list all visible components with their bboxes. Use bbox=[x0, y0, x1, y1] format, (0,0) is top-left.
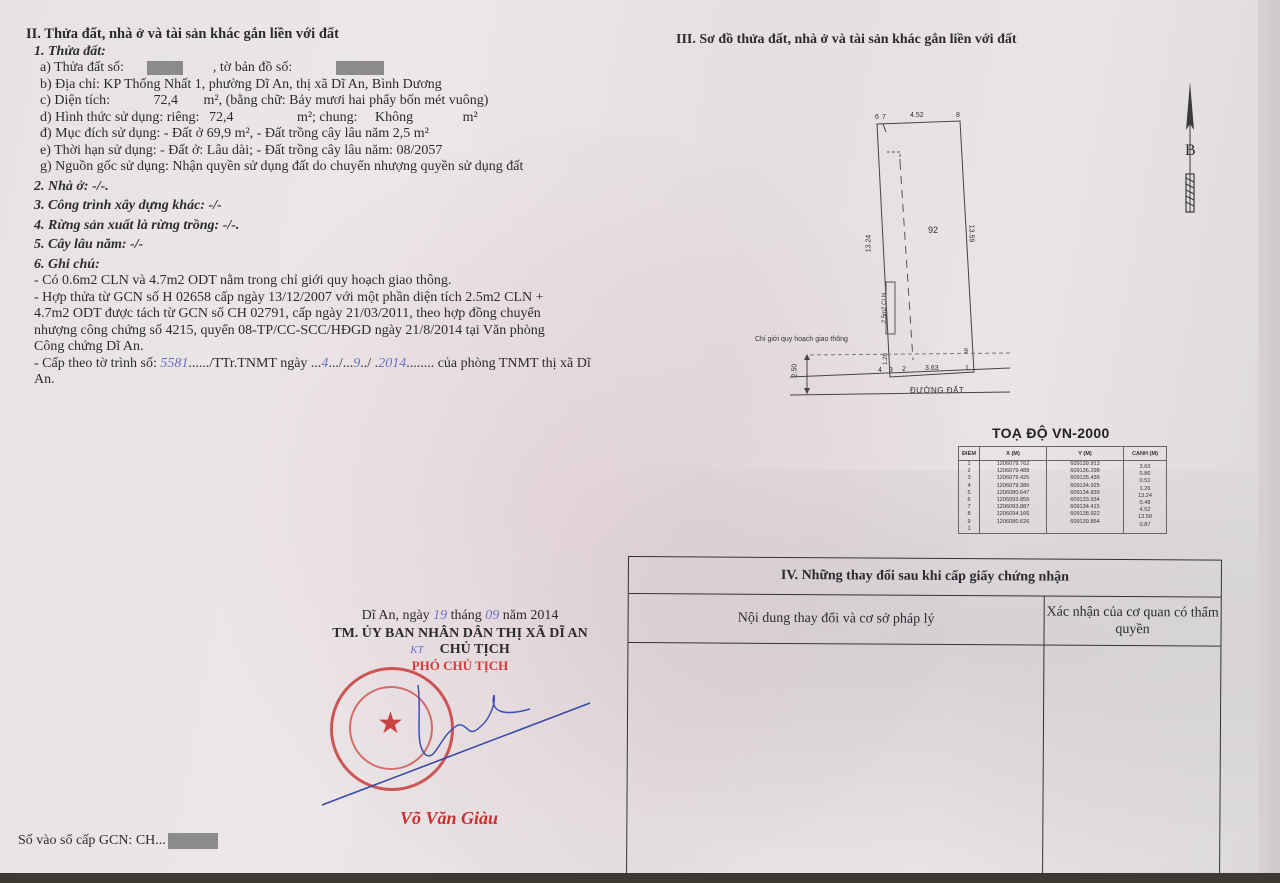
sign-month: 09 bbox=[485, 608, 499, 623]
parcel-plot: 4.52 13.24 13.59 92 2.5m2 CLN 1.26 3.63 … bbox=[750, 110, 1010, 400]
planning-line-label: Chỉ giới quy hoạch giao thông bbox=[755, 336, 848, 343]
term-row: e) Thời hạn sử dụng: - Đất ở: Lâu dài; -… bbox=[26, 143, 606, 160]
cln-label: 2.5m2 CLN bbox=[882, 293, 888, 323]
usage-shared-label: m²; chung: bbox=[297, 110, 358, 125]
coord-cell: 2 bbox=[962, 468, 976, 475]
y-column: 609139.913609136.298609135.436609134.925… bbox=[1047, 461, 1124, 534]
coord-cell: 3.63 bbox=[1127, 464, 1163, 471]
coord-cell: 1206094.166 bbox=[983, 511, 1043, 518]
coord-cell: 1206080.647 bbox=[983, 490, 1043, 497]
coord-cell: 9 bbox=[962, 519, 976, 526]
year-label: năm 2014 bbox=[503, 608, 559, 623]
setback: 2.50 bbox=[791, 364, 798, 378]
coord-cell: 0.86 bbox=[1127, 471, 1163, 478]
col-edge: CẠNH (M) bbox=[1124, 447, 1167, 461]
coord-cell: 609138.922 bbox=[1050, 511, 1120, 518]
edge-bottom: 3.63 bbox=[925, 365, 939, 372]
coordinates-table: ĐIỂM X (M) Y (M) CẠNH (M) 1234567891 120… bbox=[958, 446, 1167, 534]
edge-top: 4.52 bbox=[910, 112, 924, 119]
issued-number: 5581 bbox=[160, 356, 188, 371]
col-x: X (M) bbox=[980, 447, 1047, 461]
parcel-row: a) Thửa đất số: , tờ bản đồ số: bbox=[26, 60, 606, 77]
coord-cell: 0.87 bbox=[1127, 522, 1163, 529]
coord-cell bbox=[1050, 526, 1120, 533]
col-y: Y (M) bbox=[1047, 447, 1124, 461]
issuing-org: TM. ỦY BAN NHÂN DÂN THỊ XÃ DĨ AN bbox=[310, 626, 610, 642]
col-change-content: Nội dung thay đổi và cơ sở pháp lý bbox=[628, 594, 1044, 645]
position-row: KTCHỦ TỊCH bbox=[310, 642, 610, 658]
section-iii-title: III. Sơ đồ thửa đất, nhà ở và tài sản kh… bbox=[676, 32, 1017, 48]
coordinates-title: TOẠ ĐỘ VN-2000 bbox=[992, 425, 1110, 441]
production-forest-row: 4. Rừng sản xuất là rừng trồng: -/-. bbox=[26, 218, 606, 235]
notes-title: 6. Ghi chú: bbox=[26, 257, 606, 274]
parcel-number: 92 bbox=[928, 225, 938, 235]
area-unit: m², (bằng chữ: Bảy mươi hai phẩy bốn mét… bbox=[203, 93, 488, 108]
coord-cell: 609134.925 bbox=[1050, 483, 1120, 490]
gcn-number-redacted bbox=[168, 833, 218, 849]
issued-by-row: - Cấp theo tờ trình số: 5581....../TTr.T… bbox=[26, 356, 606, 389]
col-point: ĐIỂM bbox=[959, 447, 980, 461]
page-edge bbox=[1258, 0, 1280, 883]
coord-cell: 5 bbox=[962, 490, 976, 497]
map-sheet-redacted bbox=[336, 61, 384, 75]
note-item: - Có 0.6m2 CLN và 4.7m2 ODT nằm trong ch… bbox=[26, 273, 606, 290]
section-ii-title: II. Thửa đất, nhà ở và tài sản khác gắn … bbox=[26, 26, 606, 43]
coord-cell: 609139.913 bbox=[1050, 461, 1120, 468]
signer-name: Võ Văn Giàu bbox=[400, 808, 498, 829]
section-land-info: II. Thửa đất, nhà ở và tài sản khác gắn … bbox=[26, 26, 606, 389]
coord-cell: 609135.436 bbox=[1050, 475, 1120, 482]
coord-cell: 609133.934 bbox=[1050, 497, 1120, 504]
point-label: 9 bbox=[964, 348, 968, 355]
usage-shared: Không bbox=[375, 110, 413, 125]
coord-cell: 609134.415 bbox=[1050, 504, 1120, 511]
change-content-cell bbox=[627, 643, 1044, 878]
table-surface bbox=[0, 873, 1280, 883]
coord-cell: 0.51 bbox=[1127, 478, 1163, 485]
issued-year: 2014 bbox=[378, 356, 406, 371]
coord-cell: 4 bbox=[962, 483, 976, 490]
origin-row: g) Nguồn gốc sử dụng: Nhận quyền sử dụng… bbox=[26, 159, 606, 176]
point-label: 6 bbox=[875, 114, 879, 121]
point-column: 1234567891 bbox=[959, 461, 980, 534]
edge-right: 13.59 bbox=[967, 225, 974, 243]
coord-cell: 1206079.488 bbox=[983, 468, 1043, 475]
gcn-label: Số vào sổ cấp GCN: CH... bbox=[18, 833, 166, 848]
point-label: 4 bbox=[878, 367, 882, 374]
usage-shared-unit: m² bbox=[463, 110, 478, 125]
area-row: c) Diện tích: 72,4 m², (bằng chữ: Bảy mư… bbox=[26, 93, 606, 110]
address-row: b) Địa chỉ: KP Thống Nhất 1, phường Dĩ A… bbox=[26, 77, 606, 94]
house-row: 2. Nhà ở: -/-. bbox=[26, 179, 606, 196]
coord-cell: 13.59 bbox=[1127, 514, 1163, 521]
coord-cell bbox=[983, 526, 1043, 533]
gcn-entry: Số vào sổ cấp GCN: CH... bbox=[18, 833, 218, 849]
parcel-number-redacted bbox=[147, 61, 183, 75]
purpose-row: đ) Mục đích sử dụng: - Đất ở 69,9 m², - … bbox=[26, 126, 606, 143]
issued-mid: ....../TTr.TNMT ngày bbox=[188, 356, 307, 371]
issued-prefix: - Cấp theo tờ trình số: bbox=[34, 356, 157, 371]
edge-left: 13.24 bbox=[865, 235, 872, 253]
point-label: 7 bbox=[882, 114, 886, 121]
coord-cell: 0.48 bbox=[1127, 500, 1163, 507]
kt-note: KT bbox=[410, 644, 423, 656]
coord-cell: 6 bbox=[962, 497, 976, 504]
coord-cell: 13.24 bbox=[1127, 493, 1163, 500]
map-sheet-label: , tờ bản đồ số: bbox=[213, 60, 292, 75]
point-label: 2 bbox=[902, 366, 906, 373]
col-authority-confirmation: Xác nhận của cơ quan có thẩm quyền bbox=[1044, 597, 1220, 646]
changes-table: IV. Những thay đổi sau khi cấp giấy chứn… bbox=[626, 556, 1222, 880]
coord-cell: 609134.839 bbox=[1050, 490, 1120, 497]
other-construction-row: 3. Công trình xây dựng khác: -/- bbox=[26, 198, 606, 215]
road-label: ĐƯỜNG ĐẤT bbox=[910, 386, 964, 395]
coord-cell: 1206080.626 bbox=[983, 519, 1043, 526]
land-title: 1. Thửa đất: bbox=[26, 44, 606, 61]
section-iv-title: IV. Những thay đổi sau khi cấp giấy chứn… bbox=[629, 557, 1221, 598]
sign-day: 19 bbox=[433, 608, 447, 623]
coord-cell: 1206093.887 bbox=[983, 504, 1043, 511]
note-item: - Hợp thửa từ GCN số H 02658 cấp ngày 13… bbox=[26, 290, 574, 356]
sign-date: Dĩ An, ngày 19 tháng 09 năm 2014 bbox=[310, 608, 610, 624]
coord-cell: 1 bbox=[962, 461, 976, 468]
edge-small: 1.26 bbox=[883, 353, 889, 365]
signature-strokes bbox=[318, 665, 598, 810]
coord-cell: 1206093.855 bbox=[983, 497, 1043, 504]
point-label: 1 bbox=[965, 365, 969, 372]
coord-cell: 609139.854 bbox=[1050, 519, 1120, 526]
area-value: 72,4 bbox=[153, 93, 178, 108]
usage-form-label: d) Hình thức sử dụng: riêng: bbox=[40, 110, 199, 125]
usage-form-row: d) Hình thức sử dụng: riêng: 72,4 m²; ch… bbox=[26, 110, 606, 127]
parcel-label: a) Thửa đất số: bbox=[40, 60, 124, 75]
coord-cell: 1206079.386 bbox=[983, 483, 1043, 490]
date-prefix: Dĩ An, ngày bbox=[362, 608, 430, 623]
north-label: B bbox=[1185, 142, 1196, 160]
x-column: 1206079.7621206079.4881206079.4251206079… bbox=[980, 461, 1047, 534]
position: CHỦ TỊCH bbox=[440, 642, 510, 657]
usage-private: 72,4 bbox=[209, 110, 234, 125]
point-label: 3 bbox=[889, 367, 893, 374]
month-label: tháng bbox=[451, 608, 482, 623]
issued-day: 4 bbox=[321, 356, 328, 371]
edge-column: 3.630.860.511.2613.240.484.5213.590.87 bbox=[1124, 461, 1167, 534]
coord-cell: 1.26 bbox=[1127, 486, 1163, 493]
coord-cell: 1206079.762 bbox=[983, 461, 1043, 468]
perennial-trees-row: 5. Cây lâu năm: -/- bbox=[26, 237, 606, 254]
coord-cell: 1 bbox=[962, 526, 976, 533]
parcel-diagram bbox=[750, 110, 1010, 400]
coord-cell: 8 bbox=[962, 511, 976, 518]
coord-cell: 7 bbox=[962, 504, 976, 511]
coord-cell: 4.52 bbox=[1127, 507, 1163, 514]
issued-month: 9 bbox=[353, 356, 360, 371]
area-label: c) Diện tích: bbox=[40, 93, 110, 108]
coord-cell: 3 bbox=[962, 475, 976, 482]
point-label: 8 bbox=[956, 112, 960, 119]
coord-cell: 1206079.425 bbox=[983, 475, 1043, 482]
coord-cell: 609136.298 bbox=[1050, 468, 1120, 475]
